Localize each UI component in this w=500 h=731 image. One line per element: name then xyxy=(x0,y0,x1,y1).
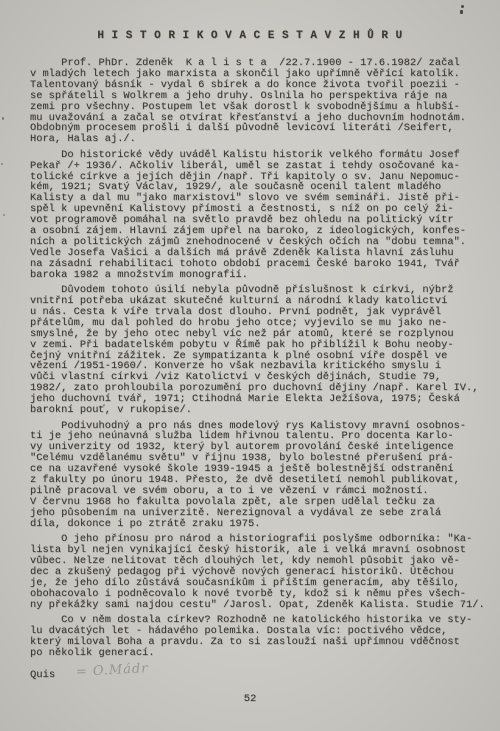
paragraph: Důvodem tohoto úsilí nebyla původně přís… xyxy=(30,285,486,416)
page-number: 52 xyxy=(0,693,500,705)
author-signature: Quis xyxy=(30,669,55,681)
scan-speck xyxy=(2,117,4,120)
scan-speck xyxy=(3,214,5,216)
scan-speck xyxy=(460,10,463,14)
scan-speck xyxy=(1,163,3,165)
paragraph: Podivuhodný a pro nás dnes modelový rys … xyxy=(30,421,486,530)
document-body: Prof. PhDr. Zdeněk K a l i s t a /22.7.1… xyxy=(30,58,486,663)
signature-row: Quis = O.Mádr xyxy=(30,666,148,681)
paragraph: Co v něm dostala církev? Rozhodně ne kat… xyxy=(30,615,486,659)
paragraph: Do historické vědy uváděl Kalistu histor… xyxy=(30,150,486,281)
paragraph: Prof. PhDr. Zdeněk K a l i s t a /22.7.1… xyxy=(30,58,486,145)
scan-speck xyxy=(461,5,464,8)
scanned-document-page: H I S T O R I K O V A C E S T A V Z H Ů … xyxy=(0,0,500,731)
paragraph: O jeho přínosu pro národ a historiografi… xyxy=(30,534,486,610)
document-title: H I S T O R I K O V A C E S T A V Z H Ů … xyxy=(0,30,500,42)
handwritten-annotation: = O.Mádr xyxy=(75,661,148,680)
